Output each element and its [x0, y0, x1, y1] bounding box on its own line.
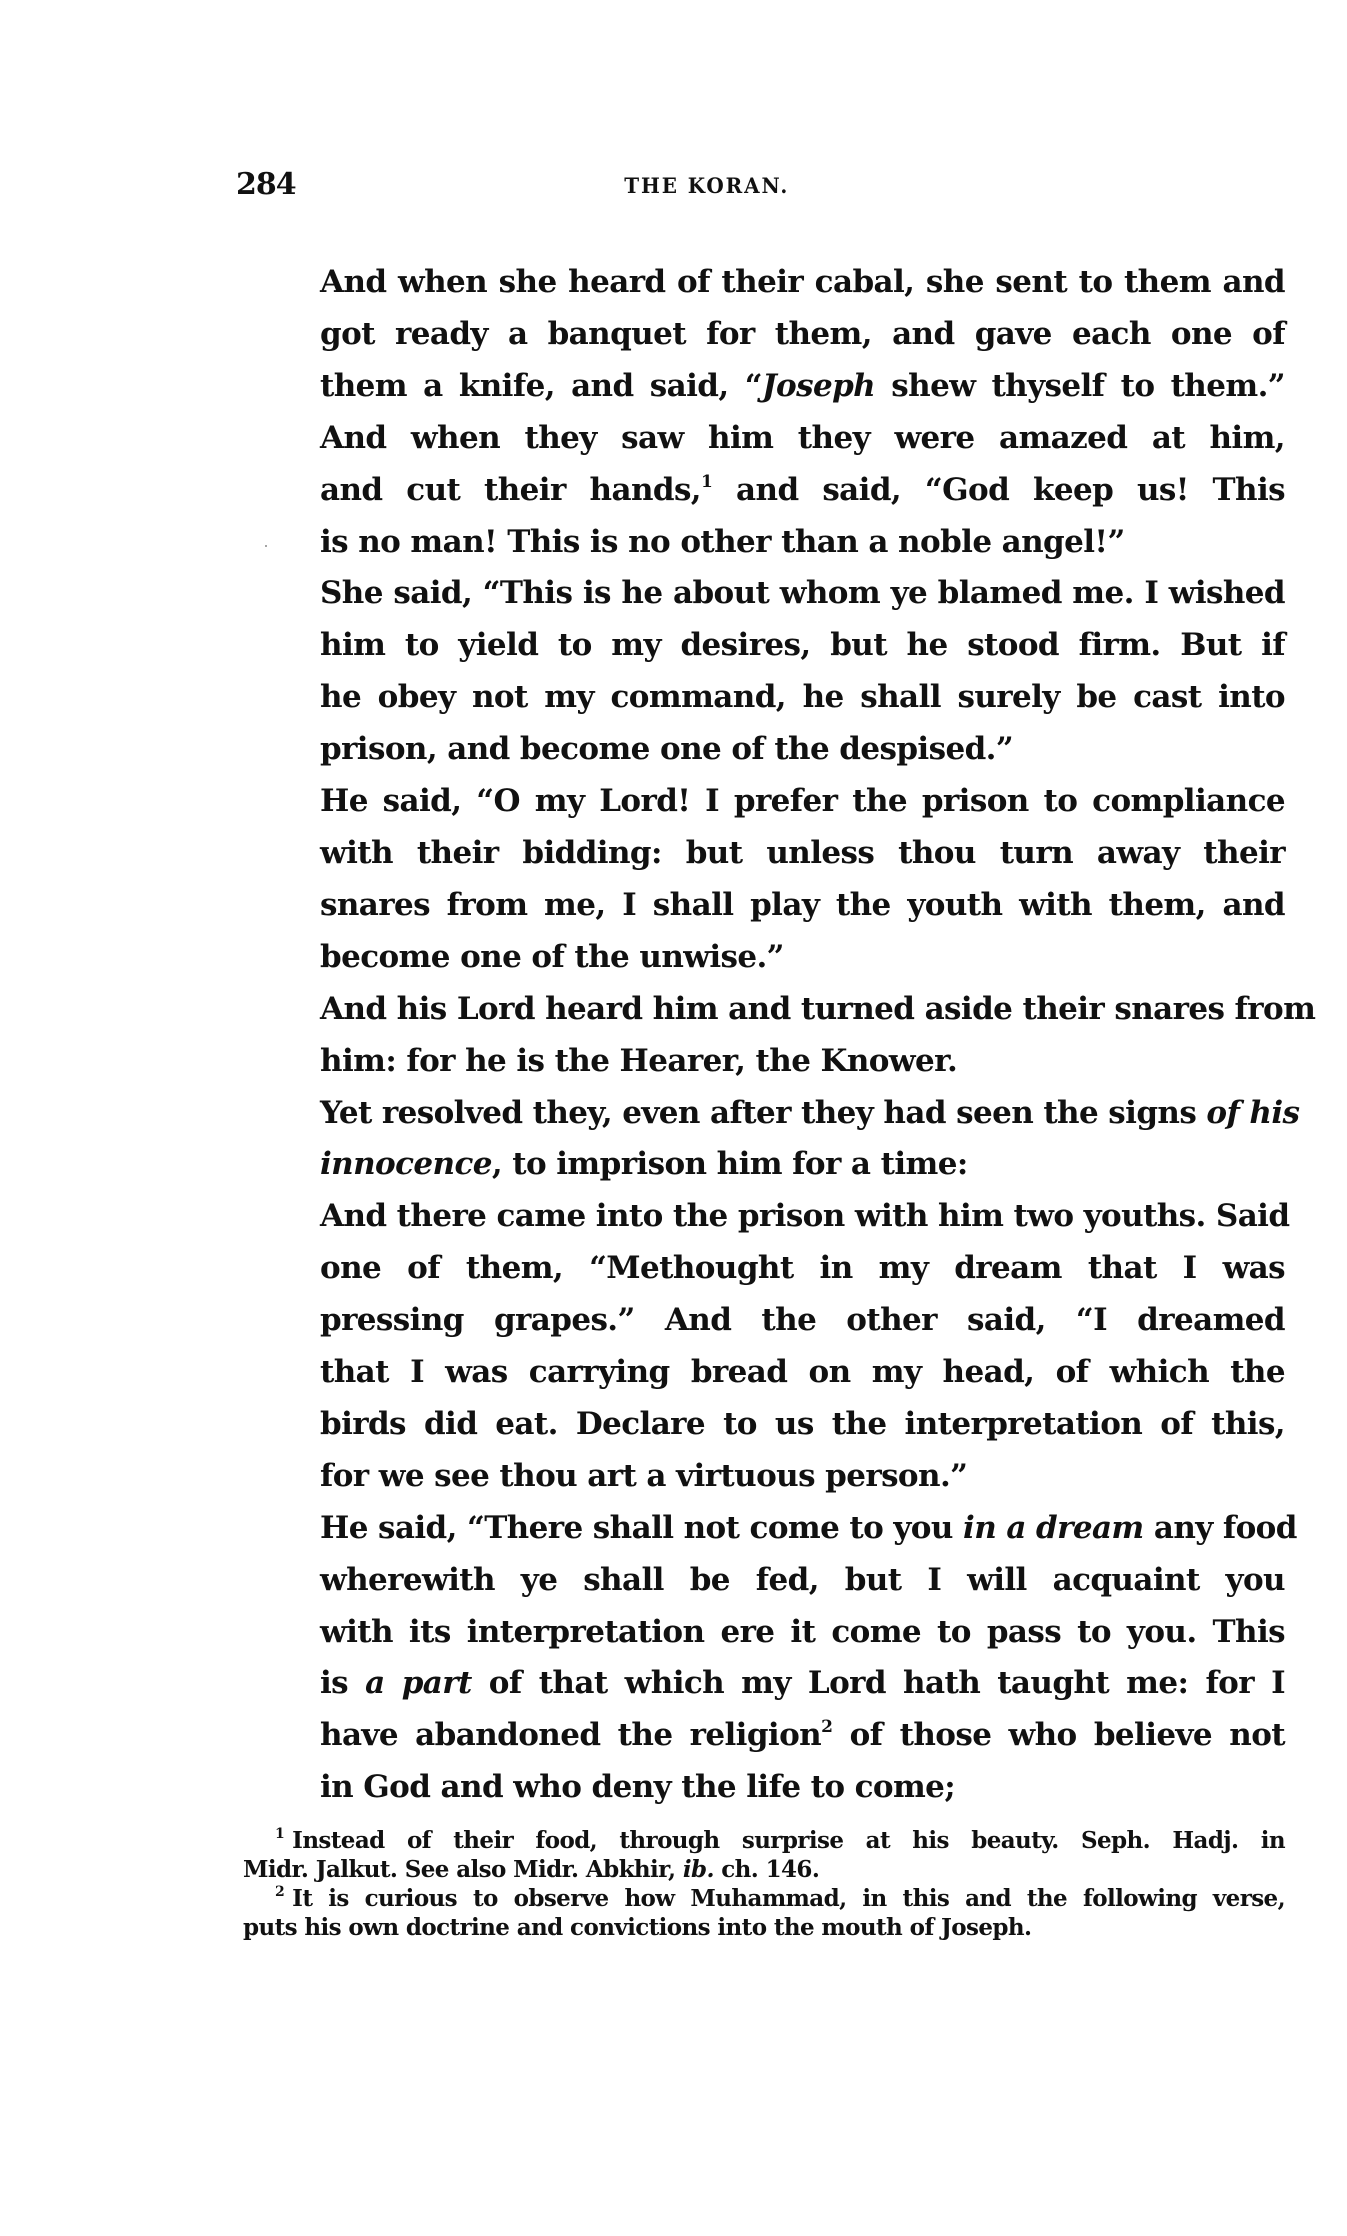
footnote-2: 2It is curious to observe how Muhammad, … — [243, 1884, 1285, 1942]
text-line: them a knife, and said, “Joseph shew thy… — [398, 361, 1285, 413]
verse-paragraph: And his Lord heard him and turned aside … — [320, 984, 1285, 1088]
text-run: Instead of their food, through surprise … — [292, 1827, 1285, 1854]
text-line: Yet resolved they, even after they had s… — [398, 1088, 1285, 1140]
text-line: birds did eat. Declare to us the interpr… — [398, 1399, 1285, 1451]
text-run: Yet resolved they, even after they had s… — [320, 1095, 1206, 1131]
text-line: He said, “There shall not come to you in… — [398, 1503, 1285, 1555]
italic-emphasis: in a dream — [963, 1510, 1144, 1546]
text-line: snares from me, I shall play the youth w… — [398, 880, 1285, 932]
footnote-reference-1[interactable]: 1 — [701, 472, 712, 492]
text-line: puts his own doctrine and convictions in… — [243, 1913, 1285, 1942]
text-line: She said, “This is he about whom ye blam… — [398, 568, 1285, 620]
text-line: got ready a banquet for them, and gave e… — [398, 309, 1285, 361]
text-line: that I was carrying bread on my head, of… — [398, 1347, 1285, 1399]
text-line: with their bidding: but unless thou turn… — [398, 828, 1285, 880]
verse-paragraph: He said, “O my Lord! I prefer the prison… — [320, 776, 1285, 984]
text-line: wherewith ye shall be fed, but I will ac… — [398, 1555, 1285, 1607]
italic-emphasis: a part — [365, 1665, 472, 1701]
verse-paragraph: He said, “There shall not come to you in… — [320, 1503, 1285, 1814]
italic-emphasis: innocence — [320, 1146, 492, 1182]
text-line: pressing grapes.” And the other said, “I… — [398, 1295, 1285, 1347]
italic-emphasis: Joseph — [762, 368, 875, 404]
scripture-body: And when she heard of their cabal, she s… — [320, 257, 1285, 1814]
text-run: any food — [1144, 1510, 1297, 1546]
text-line: become one of the unwise.” — [398, 932, 1285, 984]
verse-paragraph: Yet resolved they, even after they had s… — [320, 1088, 1285, 1192]
text-line: is a part of that which my Lord hath tau… — [398, 1658, 1285, 1710]
text-line: in God and who deny the life to come; — [398, 1762, 1285, 1814]
text-line: And when they saw him they were amazed a… — [398, 413, 1285, 465]
text-run: and said, “God keep us! This — [712, 472, 1285, 508]
text-line: he obey not my command, he shall surely … — [398, 672, 1285, 724]
footnote-marker: 2 — [275, 1884, 284, 1900]
text-run: It is curious to observe how Muhammad, i… — [292, 1885, 1285, 1912]
text-run: and cut their hands, — [320, 472, 701, 508]
text-line: and cut their hands,1 and said, “God kee… — [398, 465, 1285, 517]
footnotes: 1Instead of their food, through surprise… — [243, 1826, 1285, 1942]
text-line: for we see thou art a virtuous person.” — [398, 1451, 1285, 1503]
text-line: with its interpretation ere it come to p… — [398, 1607, 1285, 1659]
text-run: have abandoned the religion — [320, 1717, 821, 1753]
running-title: THE KORAN. — [34, 172, 1314, 200]
text-line: have abandoned the religion2 of those wh… — [398, 1710, 1285, 1762]
text-line: And there came into the prison with him … — [398, 1191, 1285, 1243]
verse-paragraph: And there came into the prison with him … — [320, 1191, 1285, 1502]
footnote-reference-2[interactable]: 2 — [821, 1717, 832, 1737]
text-run: them a knife, and said, “ — [320, 368, 762, 404]
scan-speck — [265, 545, 267, 547]
verse-paragraph: She said, “This is he about whom ye blam… — [320, 568, 1285, 776]
text-line: And his Lord heard him and turned aside … — [398, 984, 1285, 1036]
text-run: He said, “There shall not come to you — [320, 1510, 963, 1546]
text-line: And when she heard of their cabal, she s… — [398, 257, 1285, 309]
italic-emphasis: of his — [1206, 1095, 1299, 1131]
text-line: innocence, to imprison him for a time: — [398, 1139, 1285, 1191]
text-line: He said, “O my Lord! I prefer the prison… — [398, 776, 1285, 828]
text-line: him to yield to my desires, but he stood… — [398, 620, 1285, 672]
text-run: is — [320, 1665, 365, 1701]
footnote-marker: 1 — [275, 1826, 284, 1842]
page-header: 284 THE KORAN. — [0, 0, 1347, 210]
text-line: prison, and become one of the despised.” — [398, 724, 1285, 776]
italic-emphasis: ib. — [683, 1856, 714, 1883]
text-line: him: for he is the Hearer, the Knower. — [398, 1036, 1285, 1088]
text-line: 2It is curious to observe how Muhammad, … — [243, 1884, 1285, 1913]
text-run: of those who believe not — [832, 1717, 1285, 1753]
text-run: of that which my Lord hath taught me: fo… — [472, 1665, 1285, 1701]
text-line: 1Instead of their food, through surprise… — [243, 1826, 1285, 1855]
footnote-1: 1Instead of their food, through surprise… — [243, 1826, 1285, 1884]
text-line: is no man! This is no other than a noble… — [398, 517, 1285, 569]
text-run: , to imprison him for a time: — [492, 1146, 968, 1182]
text-line: Midr. Jalkut. See also Midr. Abkhir, ib.… — [243, 1855, 1285, 1884]
text-run: shew thyself to them.” — [875, 368, 1285, 404]
verse-paragraph: And when she heard of their cabal, she s… — [320, 257, 1285, 568]
text-run: ch. 146. — [714, 1856, 819, 1883]
text-line: one of them, “Methought in my dream that… — [398, 1243, 1285, 1295]
text-run: Midr. Jalkut. See also Midr. Abkhir, — [243, 1856, 683, 1883]
